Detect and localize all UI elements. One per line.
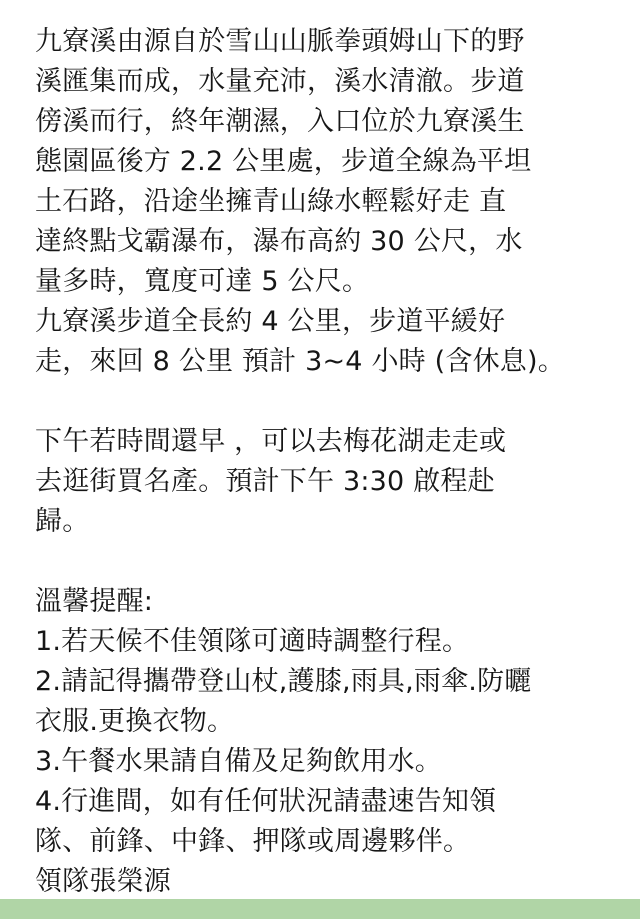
text-line: 態園區後方 2.2 公里處，步道全線為平坦 <box>35 142 635 182</box>
reminder-item-continued: 衣服.更換衣物。 <box>35 702 635 742</box>
reminders-section: 溫馨提醒: 1.若天候不佳領隊可適時調整行程。 2.請記得攜帶登山杖,護膝,雨具… <box>35 582 635 902</box>
reminders-heading: 溫馨提醒: <box>35 582 635 622</box>
reminder-item-continued: 隊、前鋒、中鋒、押隊或周邊夥伴。 <box>35 822 635 862</box>
text-line: 九寮溪步道全長約 4 公里，步道平緩好 <box>35 302 635 342</box>
afternoon-plan-paragraph: 下午若時間還早 ，可以去梅花湖走走或 去逛街買名產。預計下午 3:30 啟程赴 … <box>35 422 635 542</box>
text-line: 去逛街買名產。預計下午 3:30 啟程赴 <box>35 462 635 502</box>
blank-line <box>35 542 635 582</box>
blank-line <box>35 382 635 422</box>
text-line: 土石路，沿途坐擁青山綠水輕鬆好走 直 <box>35 182 635 222</box>
text-line: 溪匯集而成，水量充沛，溪水清澈。步道 <box>35 62 635 102</box>
text-line: 九寮溪由源自於雪山山脈拳頭姆山下的野 <box>35 22 635 62</box>
bottom-green-bar <box>0 899 640 919</box>
signature: 領隊張榮源 <box>35 862 635 902</box>
reminder-item: 3.午餐水果請自備及足夠飲用水。 <box>35 742 635 782</box>
reminder-item: 2.請記得攜帶登山杖,護膝,雨具,雨傘.防曬 <box>35 662 635 702</box>
text-line: 歸。 <box>35 502 635 542</box>
text-line: 量多時，寬度可達 5 公尺。 <box>35 262 635 302</box>
text-line: 走，來回 8 公里 預計 3~4 小時 (含休息)。 <box>35 342 635 382</box>
message-body: 九寮溪由源自於雪山山脈拳頭姆山下的野 溪匯集而成，水量充沛，溪水清澈。步道 傍溪… <box>35 22 635 902</box>
text-line: 達終點戈霸瀑布，瀑布高約 30 公尺，水 <box>35 222 635 262</box>
reminder-item: 1.若天候不佳領隊可適時調整行程。 <box>35 622 635 662</box>
text-line: 下午若時間還早 ，可以去梅花湖走走或 <box>35 422 635 462</box>
text-line: 傍溪而行，終年潮濕，入口位於九寮溪生 <box>35 102 635 142</box>
trail-description-paragraph: 九寮溪由源自於雪山山脈拳頭姆山下的野 溪匯集而成，水量充沛，溪水清澈。步道 傍溪… <box>35 22 635 382</box>
reminder-item: 4.行進間，如有任何狀況請盡速告知領 <box>35 782 635 822</box>
